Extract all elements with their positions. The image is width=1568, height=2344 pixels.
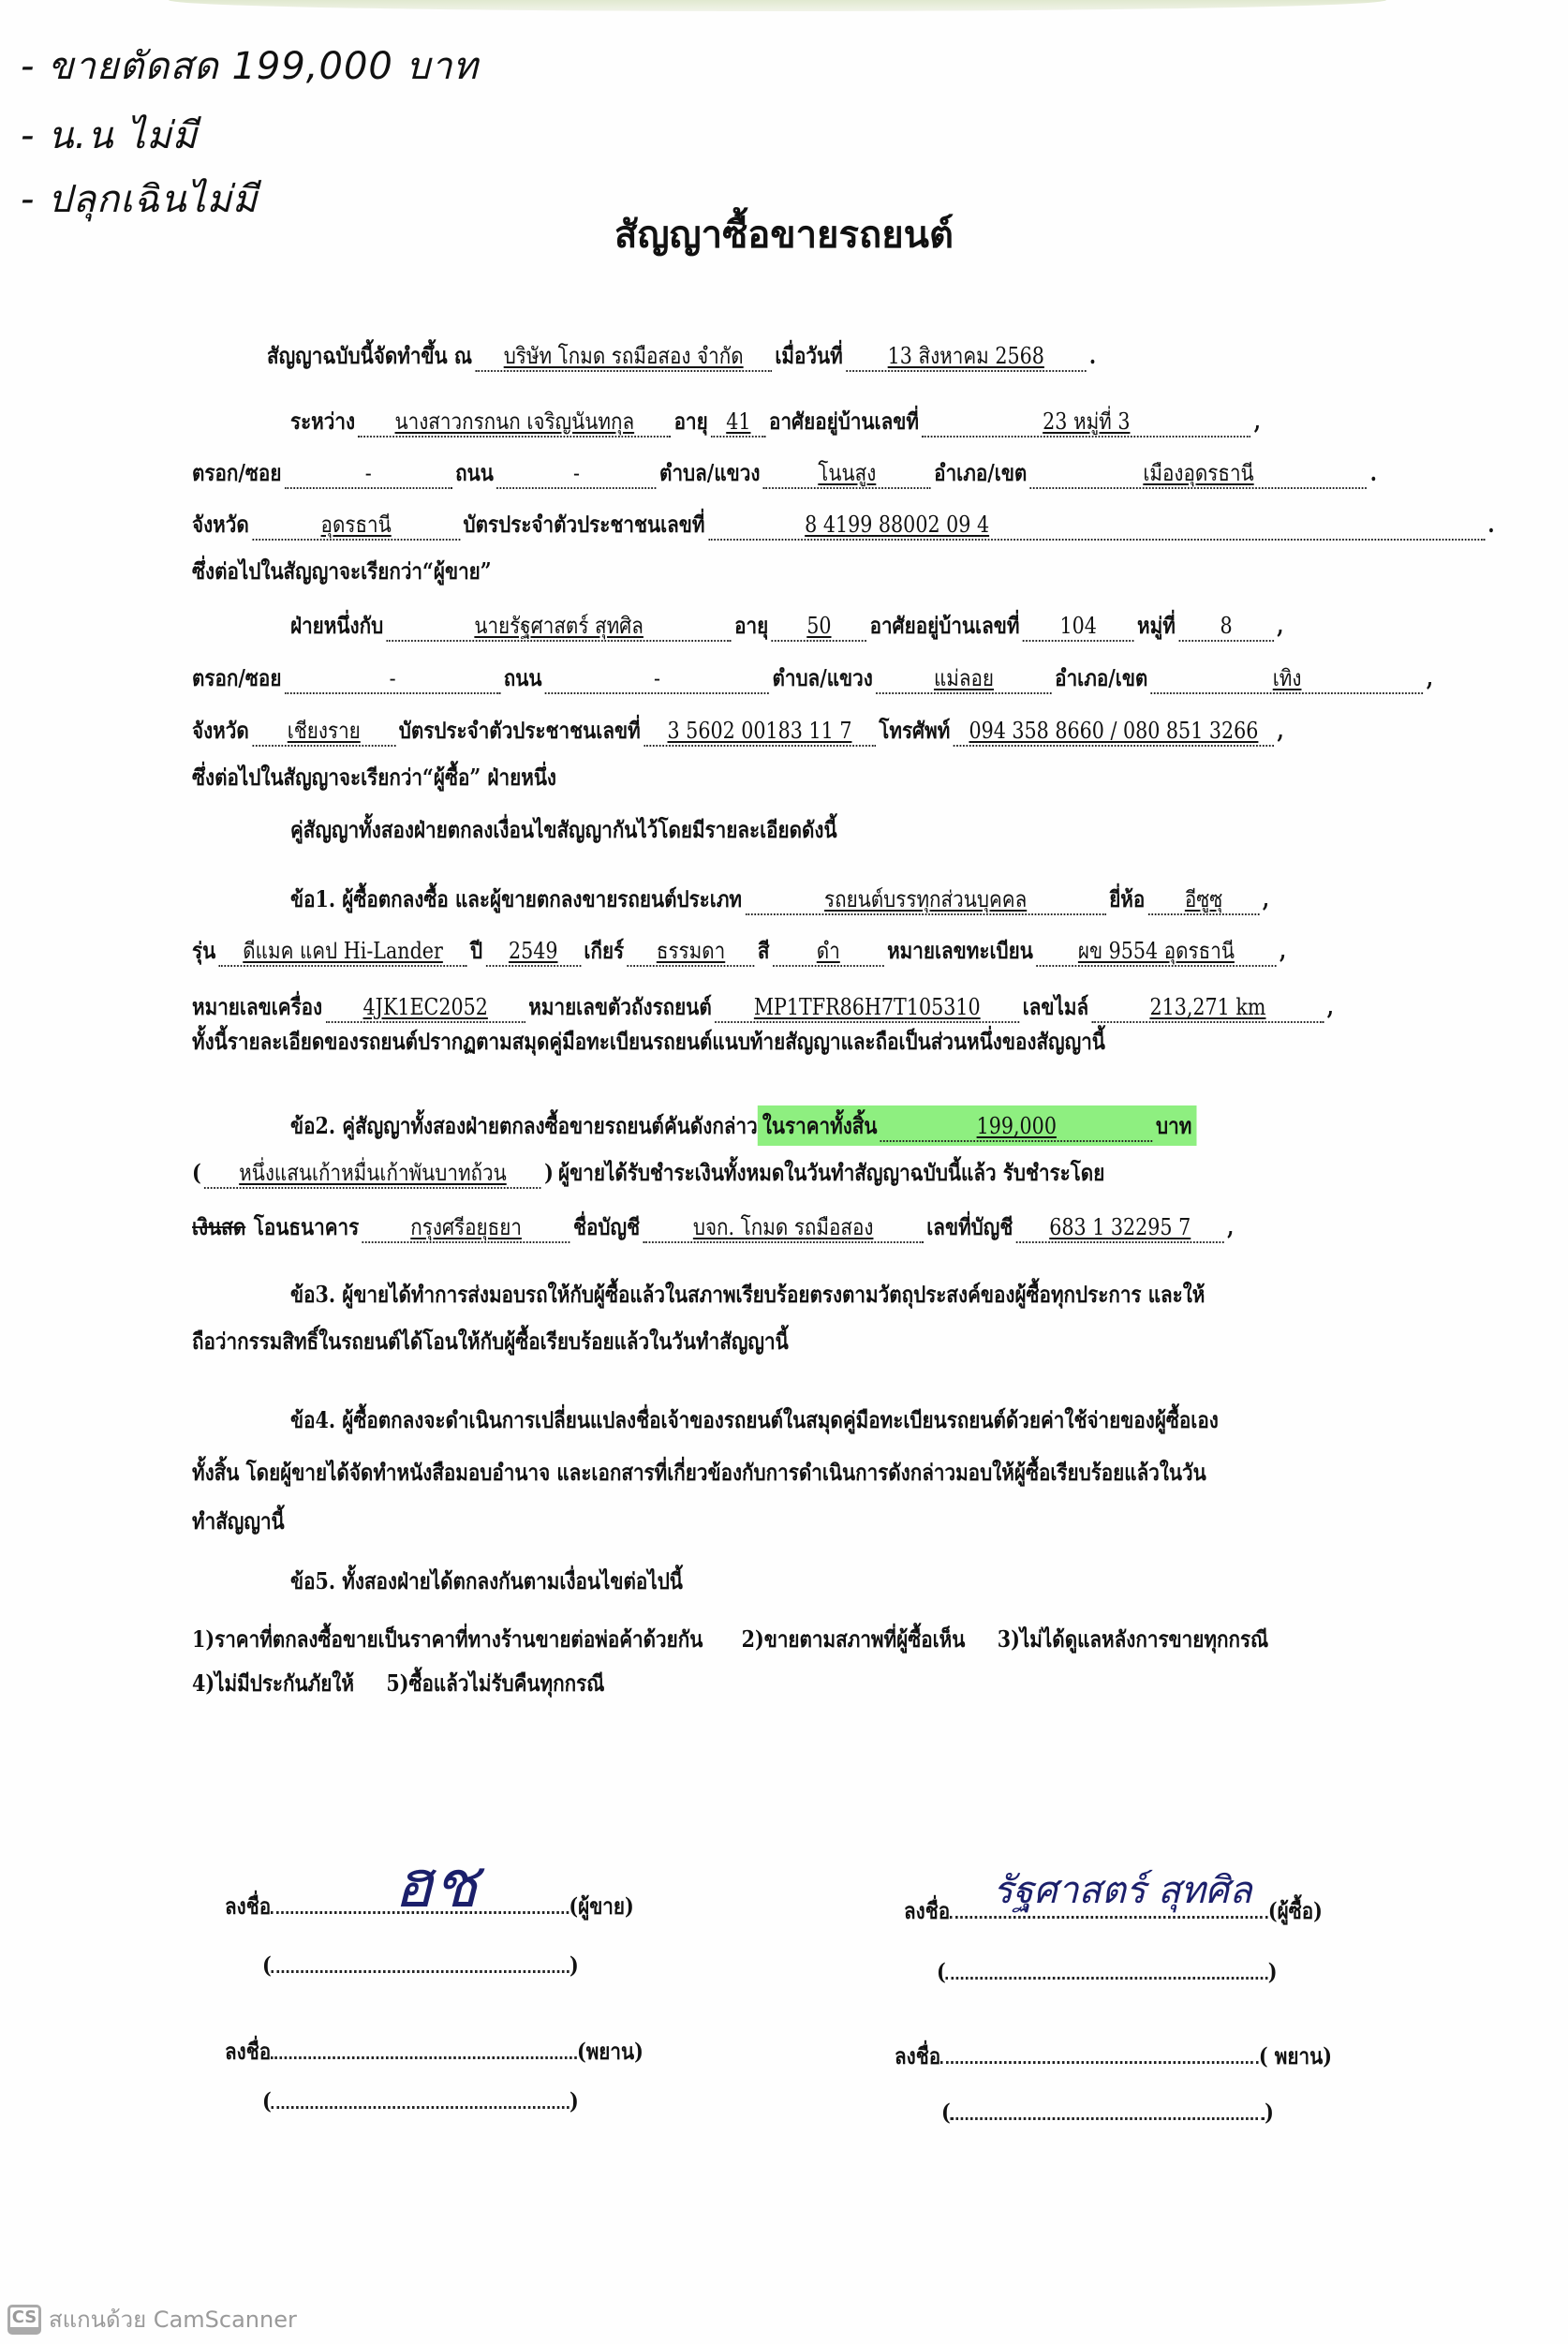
clause2-line-1: ข้อ2. คู่สัญญาทั้งสองฝ่ายตกลงซื้อขายรถยน… (290, 1105, 1197, 1146)
account-number-label: เลขที่บัญชี (926, 1209, 1013, 1245)
vehicle-color: ดำ (773, 937, 884, 967)
made-at-label: สัญญาฉบับนี้จัดทำขึ้น ณ (267, 337, 472, 374)
clause2-line-3: เงินสด โอนธนาคาร กรุงศรีอยุธยา ชื่อบัญชี… (192, 1209, 1234, 1245)
intro-text: คู่สัญญาทั้งสองฝ่ายตกลงเงื่อนไขสัญญากันไ… (290, 811, 837, 848)
contract-place-date-line: สัญญาฉบับนี้จัดทำขึ้น ณ บริษัท โกมด รถมื… (267, 337, 1096, 374)
alley-label: ตรอก/ซอย (192, 454, 281, 491)
condition-item: 5)ซื้อแล้วไม่รับคืนทุกกรณี (386, 1665, 604, 1701)
date-value: 13 สิงหาคม 2568 (846, 342, 1086, 372)
seller-road: - (496, 459, 656, 489)
camscanner-watermark: CS สแกนด้วย CamScanner (7, 2301, 297, 2337)
clause1-line-1: ข้อ1. ผู้ซื้อตกลงซื้อ และผู้ขายตกลงขายรถ… (290, 881, 1269, 917)
age-label: อายุ (674, 403, 708, 439)
buyer-printed-name-line: () (937, 1958, 1278, 1985)
model-label: รุ่น (192, 932, 215, 969)
clause3-line-2: ถือว่ากรรมสิทธิ์ในรถยนต์ได้โอนให้กับผู้ซ… (192, 1323, 789, 1359)
seller-line-1: ระหว่าง นางสาวกรกนก เจริญนันทกุล อายุ 41… (290, 403, 1261, 439)
sign-label: ลงชื่อ (904, 1897, 950, 1924)
price-highlight: ในราคาทั้งสิ้น199,000บาท (758, 1105, 1197, 1146)
color-label: สี (758, 932, 770, 969)
sign-label: ลงชื่อ (225, 2038, 271, 2065)
watermark-text: สแกนด้วย CamScanner (49, 2301, 297, 2337)
buyer-moo: 8 (1178, 612, 1273, 642)
vehicle-gear: ธรรมดา (628, 937, 755, 967)
vehicle-model: ดีแมค แคป Hi-Lander (219, 937, 467, 967)
province-label: จังหวัด (192, 506, 249, 542)
chassis-number: MP1TFR86H7T105310 (715, 993, 1019, 1023)
sign-label: ลงชื่อ (895, 2042, 940, 2070)
witness2-printed-name-line: () (941, 2099, 1274, 2126)
condition-item: 1)ราคาที่ตกลงซื้อขายเป็นราคาที่ทางร้านขา… (192, 1621, 703, 1657)
vehicle-type: รถยนต์บรรทุกส่วนบุคคล (745, 885, 1105, 915)
seller-printed-name-line: () (262, 1951, 579, 1979)
document-title: สัญญาซื้อขายรถยนต์ (0, 204, 1568, 264)
moo-label: หมู่ที่ (1137, 607, 1176, 644)
clause4-line-3: ทำสัญญานี้ (192, 1503, 285, 1539)
seller-age: 41 (711, 408, 765, 438)
district-label: อำเภอ/เขต (934, 454, 1027, 491)
vehicle-brand: อีซูซุ (1148, 885, 1260, 915)
buyer-province: เชียงราย (252, 717, 395, 747)
road-label: ถนน (504, 660, 542, 696)
buyer-district: เทิง (1151, 664, 1424, 694)
seller-district: เมืองอุดรธานี (1030, 459, 1367, 489)
buyer-road: - (545, 664, 769, 694)
seller-id: 8 4199 88002 09 4 (708, 511, 1485, 541)
witness1-printed-name-line: () (262, 2087, 579, 2114)
buyer-called: ซึ่งต่อไปในสัญญาจะเรียกว่า“ผู้ซื้อ” ฝ่าย… (192, 759, 556, 795)
buyer-line-3: จังหวัด เชียงราย บัตรประจำตัวประชาชนเลขท… (192, 712, 1284, 749)
buyer-house: 104 (1023, 612, 1134, 642)
alley-label: ตรอก/ซอย (192, 660, 281, 696)
id-label: บัตรประจำตัวประชาชนเลขที่ (399, 712, 641, 749)
scan-edge (169, 0, 1386, 11)
clause4-line-1: ข้อ4. ผู้ซื้อตกลงจะดำเนินการเปลี่ยนแปลงช… (290, 1402, 1219, 1438)
handwritten-note: - น.น ไม่มี (21, 105, 198, 165)
seller-subdistrict: โนนสูง (763, 459, 931, 489)
seller-name: นางสาวกรกนก เจริญนันทกุล (358, 408, 671, 438)
province-label: จังหวัด (192, 712, 249, 749)
seller-line-2: ตรอก/ซอย - ถนน - ตำบล/แขวง โนนสูง อำเภอ/… (192, 454, 1377, 491)
buyer-name: นายรัฐศาสตร์ สุทศิล (387, 612, 732, 642)
seller-house: 23 หมู่ที่ 3 (922, 408, 1250, 438)
subdistrict-label: ตำบล/แขวง (772, 660, 872, 696)
with-label: ฝ่ายหนึ่งกับ (290, 607, 383, 644)
witness-role: ( พยาน) (1259, 2042, 1332, 2070)
clause2-text: ข้อ2. คู่สัญญาทั้งสองฝ่ายตกลงซื้อขายรถยน… (290, 1107, 758, 1144)
buyer-age: 50 (772, 612, 866, 642)
clause1-line-3: หมายเลขเครื่อง 4JK1EC2052 หมายเลขตัวถังร… (192, 988, 1334, 1025)
clause5-heading: ข้อ5. ทั้งสองฝ่ายได้ตกลงกันตามเงื่อนไขต่… (290, 1563, 683, 1599)
seller-province: อุดรธานี (252, 511, 460, 541)
witness-role: (พยาน) (577, 2038, 643, 2065)
buyer-line-2: ตรอก/ซอย - ถนน - ตำบล/แขวง แม่ลอย อำเภอ/… (192, 660, 1433, 696)
clause4-line-2: ทั้งสิ้น โดยผู้ขายได้จัดทำหนังสือมอบอำนา… (192, 1454, 1206, 1491)
transfer-label: โอนธนาคาร (254, 1209, 359, 1245)
handwritten-note: - ขายตัดสด 199,000 บาท (21, 36, 479, 96)
condition-item: 2)ขายตามสภาพที่ผู้ซื้อเห็น (742, 1621, 966, 1657)
chassis-label: หมายเลขตัวถังรถยนต์ (528, 988, 711, 1025)
subdistrict-label: ตำบล/แขวง (659, 454, 760, 491)
clause5-items-row-1: 1)ราคาที่ตกลงซื้อขายเป็นราคาที่ทางร้านขา… (192, 1621, 1268, 1657)
engine-label: หมายเลขเครื่อง (192, 988, 322, 1025)
plate-label: หมายเลขทะเบียน (887, 932, 1033, 969)
district-label: อำเภอ/เขต (1055, 660, 1147, 696)
account-number: 683 1 32295 7 (1016, 1213, 1224, 1243)
year-label: ปี (470, 932, 482, 969)
witness2-sign-line: ลงชื่อ( พยาน) (895, 2038, 1332, 2074)
phone-label: โทรศัพท์ (879, 712, 950, 749)
buyer-phone: 094 358 8660 / 080 851 3266 (954, 717, 1274, 747)
camscanner-logo-icon: CS (7, 2305, 41, 2335)
engine-number: 4JK1EC2052 (326, 993, 525, 1023)
seller-called: ซึ่งต่อไปในสัญญาจะเรียกว่า“ผู้ขาย” (192, 553, 492, 589)
house-label: อาศัยอยู่บ้านเลขที่ (769, 403, 919, 439)
seller-signature: ฮช (393, 1832, 478, 1936)
buyer-subdistrict: แม่ลอย (876, 664, 1051, 694)
between-label: ระหว่าง (290, 403, 355, 439)
vehicle-year: 2549 (485, 937, 580, 967)
clause3-line-1: ข้อ3. ผู้ขายได้ทำการส่งมอบรถให้กับผู้ซื้… (290, 1276, 1205, 1313)
seller-line-3: จังหวัด อุดรธานี บัตรประจำตัวประชาชนเลขท… (192, 506, 1495, 542)
road-label: ถนน (455, 454, 494, 491)
vehicle-plate: ผข 9554 อุดรธานี (1036, 937, 1276, 967)
mileage-value: 213,271 km (1092, 993, 1324, 1023)
condition-item: 3)ไม่ได้ดูแลหลังการขายทุกกรณี (998, 1621, 1268, 1657)
buyer-signature: รัฐศาสตร์ สุทศิล (993, 1860, 1252, 1920)
price-in-words: หนึ่งแสนเก้าหมื่นเก้าพันบาทถ้วน (204, 1159, 540, 1189)
price-label: ในราคาทั้งสิ้น (762, 1112, 878, 1139)
sign-label: ลงชื่อ (225, 1892, 271, 1920)
date-label: เมื่อวันที่ (775, 337, 842, 374)
clause1-closing: ทั้งนี้รายละเอียดของรถยนต์ปรากฏตามสมุดคู… (192, 1023, 1105, 1060)
buyer-id: 3 5602 00183 11 7 (643, 717, 876, 747)
age-label: อายุ (734, 607, 768, 644)
clause5-items-row-2: 4)ไม่มีประกันภัยให้ 5)ซื้อแล้วไม่รับคืนท… (192, 1665, 604, 1701)
id-label: บัตรประจำตัวประชาชนเลขที่ (464, 506, 705, 542)
paid-text: ผู้ขายได้รับชำระเงินทั้งหมดในวันทำสัญญาฉ… (558, 1154, 1104, 1191)
brand-label: ยี่ห้อ (1109, 881, 1145, 917)
account-name: บจก. โกมด รถมือสอง (643, 1213, 924, 1243)
buyer-role: (ผู้ซื้อ) (1268, 1897, 1323, 1924)
clause1-line-2: รุ่น ดีแมค แคป Hi-Lander ปี 2549 เกียร์ … (192, 932, 1286, 969)
currency-label: บาท (1156, 1112, 1191, 1139)
cash-option-struck: เงินสด (192, 1209, 245, 1245)
seller-role: (ผู้ขาย) (569, 1892, 633, 1920)
condition-item: 4)ไม่มีประกันภัยให้ (192, 1665, 354, 1701)
buyer-alley: - (285, 664, 500, 694)
gear-label: เกียร์ (584, 932, 624, 969)
witness1-sign-line: ลงชื่อ(พยาน) (225, 2033, 643, 2070)
buyer-line-1: ฝ่ายหนึ่งกับ นายรัฐศาสตร์ สุทศิล อายุ 50… (290, 607, 1283, 644)
made-at-value: บริษัท โกมด รถมือสอง จำกัด (475, 342, 771, 372)
house-label: อาศัยอยู่บ้านเลขที่ (870, 607, 1020, 644)
price-value: 199,000 (880, 1112, 1153, 1142)
seller-alley: - (285, 459, 452, 489)
clause1-text: ข้อ1. ผู้ซื้อตกลงซื้อ และผู้ขายตกลงขายรถ… (290, 881, 742, 917)
clause2-line-2: ( หนึ่งแสนเก้าหมื่นเก้าพันบาทถ้วน) ผู้ขา… (192, 1154, 1104, 1191)
mileage-label: เลขไมล์ (1023, 988, 1088, 1025)
account-name-label: ชื่อบัญชี (573, 1209, 640, 1245)
bank-name: กรุงศรีอยุธยา (362, 1213, 570, 1243)
